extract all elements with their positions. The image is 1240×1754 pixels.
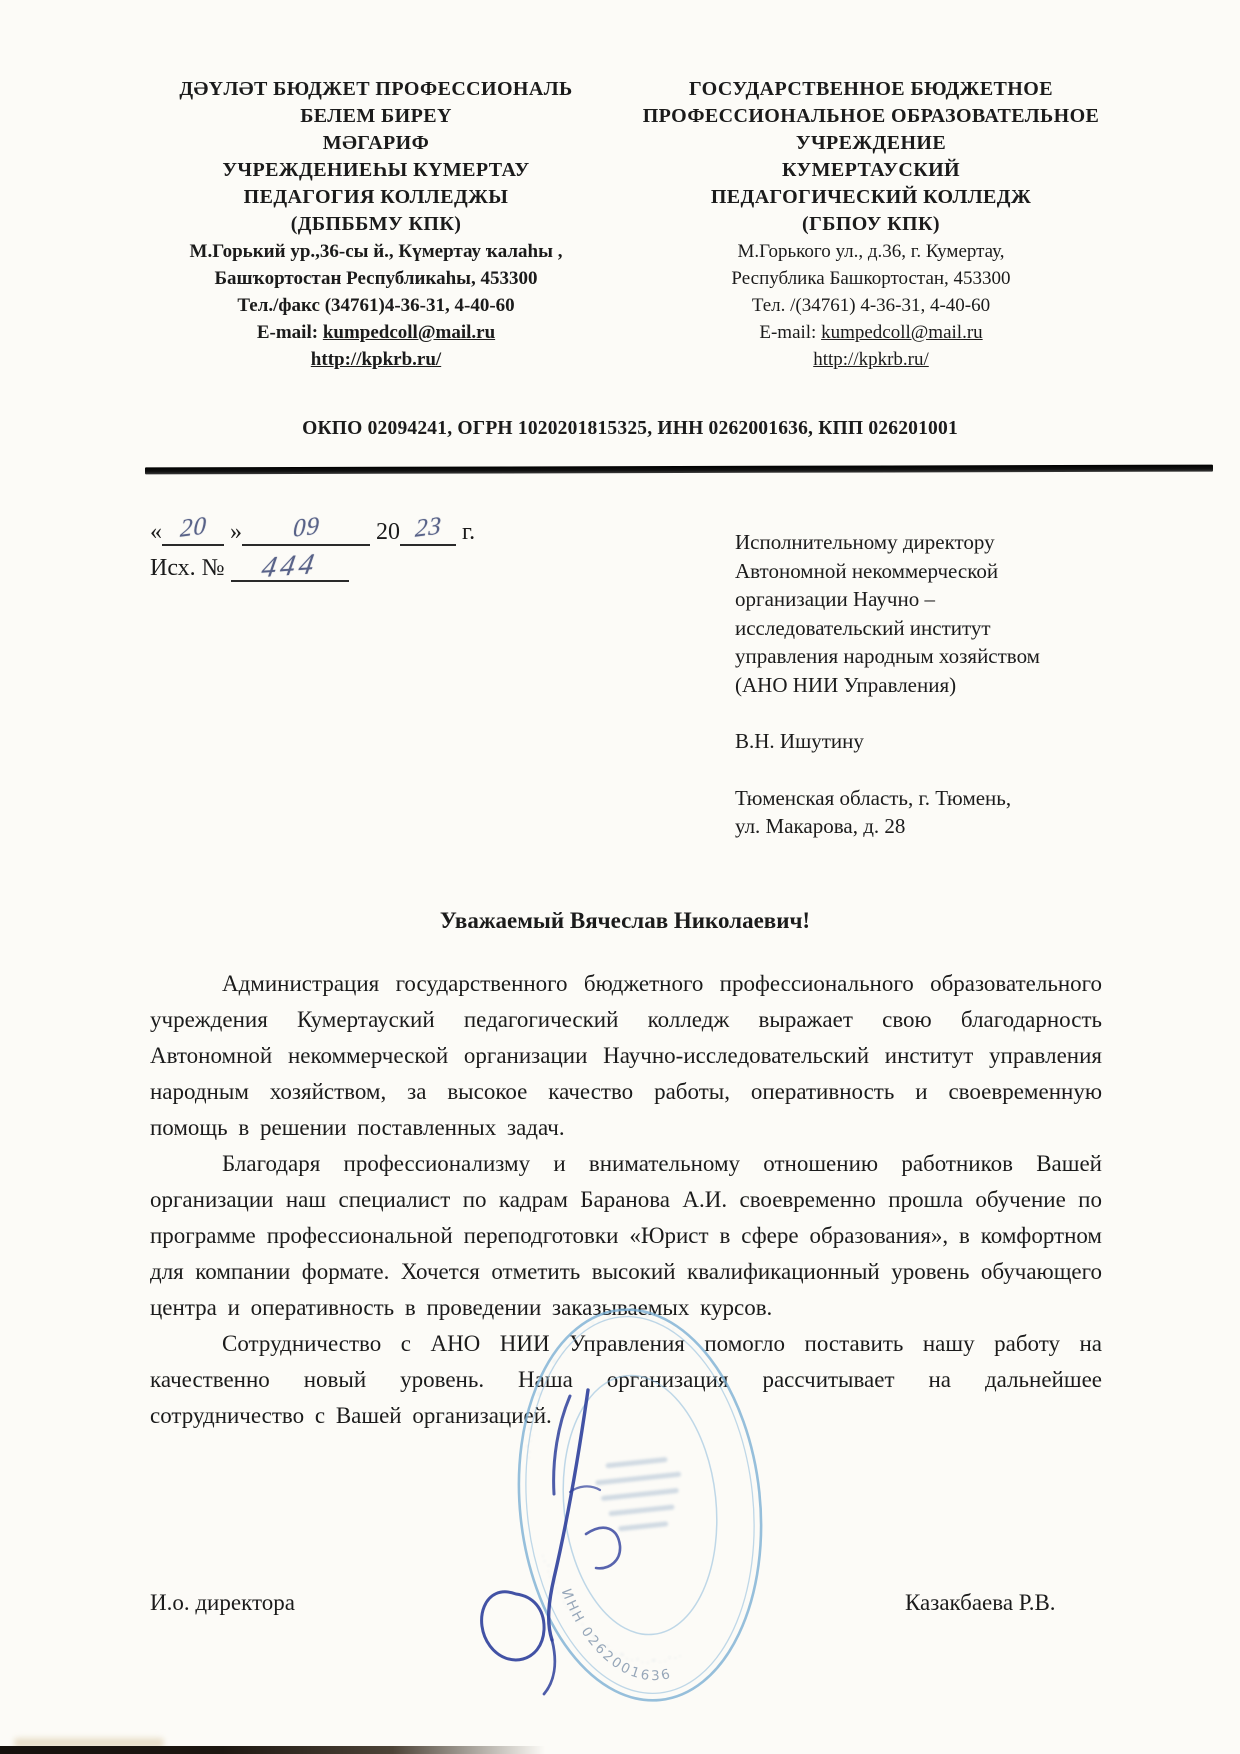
org-title-line: УЧРЕЖДЕНИЕҺЫ КҮМЕРТАУ bbox=[150, 157, 602, 184]
addressee-person: В.Н. Ишутину bbox=[735, 727, 1115, 756]
website-url: http://kpkrb.ru/ bbox=[813, 349, 929, 370]
letterhead-russian: ГОСУДАРСТВЕННОЕ БЮДЖЕТНОЕ ПРОФЕССИОНАЛЬН… bbox=[632, 76, 1110, 373]
org-address-line: Республика Башкортостан, 453300 bbox=[632, 265, 1110, 292]
org-title-line: ГОСУДАРСТВЕННОЕ БЮДЖЕТНОЕ bbox=[632, 76, 1110, 103]
addressee-address-line: Тюменская область, г. Тюмень, bbox=[735, 784, 1115, 813]
org-abbreviation: (ДБПББМУ КПК) bbox=[150, 211, 602, 238]
org-title-line: ПЕДАГОГИЧЕСКИЙ КОЛЛЕДЖ bbox=[632, 184, 1110, 211]
org-title-line: ДӘҮЛӘТ БЮДЖЕТ ПРОФЕССИОНАЛЬ bbox=[150, 76, 602, 103]
org-address-line: М.Горький ур.,36-сы й., Күмертау ҡалаһы … bbox=[150, 238, 602, 265]
year-prefix: 20 bbox=[376, 519, 400, 545]
org-address-line: Башҡортостан Республикаһы, 453300 bbox=[150, 265, 602, 292]
org-email-line: E-mail: kumpedcoll@mail.ru bbox=[150, 319, 602, 346]
letterhead-divider-rule bbox=[145, 465, 1213, 475]
addressee-org-line: Автономной некоммерческой bbox=[735, 557, 1115, 586]
body-paragraph: Администрация государственного бюджетног… bbox=[150, 966, 1102, 1146]
scan-edge-bar bbox=[0, 1746, 545, 1754]
addressee-org-line: организации Научно – bbox=[735, 585, 1115, 614]
outgoing-label: Исх. № bbox=[150, 555, 225, 581]
org-website-line: http://kpkrb.ru/ bbox=[632, 346, 1110, 373]
org-title-line: ПЕДАГОГИЯ КОЛЛЕДЖЫ bbox=[150, 184, 602, 211]
handwritten-outgoing-number: 444 bbox=[259, 548, 320, 585]
quote-open: « bbox=[150, 519, 162, 545]
ref-block: «20 »09 2023 г. Исх. № 444 bbox=[150, 514, 475, 586]
handwritten-month: 09 bbox=[292, 512, 320, 544]
email-address: kumpedcoll@mail.ru bbox=[821, 322, 983, 343]
signer-position: И.о. директора bbox=[150, 1590, 295, 1616]
org-phone-line: Тел./факс (34761)4-36-31, 4-40-60 bbox=[150, 292, 602, 319]
org-title-line: УЧРЕЖДЕНИЕ bbox=[632, 130, 1110, 157]
org-title-line: МӘГАРИФ bbox=[150, 130, 602, 157]
date-line: «20 »09 2023 г. bbox=[150, 514, 475, 550]
salutation: Уважаемый Вячеслав Николаевич! bbox=[150, 908, 1100, 934]
date-suffix: г. bbox=[462, 519, 475, 545]
addressee-org-line: исследовательский институт bbox=[735, 614, 1115, 643]
handwritten-day: 20 bbox=[179, 512, 207, 544]
date-month-blank: 09 bbox=[242, 514, 370, 546]
signer-name: Казакбаева Р.В. bbox=[905, 1590, 1056, 1616]
org-title-line: БЕЛЕМ БИРЕҮ bbox=[150, 103, 602, 130]
website-url: http://kpkrb.ru/ bbox=[311, 349, 441, 370]
body-paragraph: Благодаря профессионализму и внимательно… bbox=[150, 1146, 1102, 1326]
date-year-blank: 23 bbox=[400, 514, 456, 546]
spacer bbox=[735, 699, 1115, 727]
email-label: E-mail: bbox=[759, 322, 821, 343]
org-title-line: КУМЕРТАУСКИЙ bbox=[632, 157, 1110, 184]
outgoing-number-line: Исх. № 444 bbox=[150, 550, 475, 586]
director-signature bbox=[452, 1382, 662, 1702]
quote-close: » bbox=[230, 519, 242, 545]
email-address: kumpedcoll@mail.ru bbox=[323, 322, 495, 343]
org-phone-line: Тел. /(34761) 4-36-31, 4-40-60 bbox=[632, 292, 1110, 319]
org-website-line: http://kpkrb.ru/ bbox=[150, 346, 602, 373]
addressee-address-line: ул. Макарова, д. 28 bbox=[735, 812, 1115, 841]
addressee-org-line: управления народным хозяйством bbox=[735, 642, 1115, 671]
email-label: E-mail: bbox=[257, 322, 323, 343]
org-title-line: ПРОФЕССИОНАЛЬНОЕ ОБРАЗОВАТЕЛЬНОЕ bbox=[632, 103, 1110, 130]
scanned-letter-page: ДӘҮЛӘТ БЮДЖЕТ ПРОФЕССИОНАЛЬ БЕЛЕМ БИРЕҮ … bbox=[0, 0, 1240, 1754]
registry-numbers-line: ОКПО 02094241, ОГРН 1020201815325, ИНН 0… bbox=[150, 418, 1110, 440]
addressee-block: Исполнительному директору Автономной нек… bbox=[735, 528, 1115, 841]
spacer bbox=[735, 756, 1115, 784]
org-email-line: E-mail: kumpedcoll@mail.ru bbox=[632, 319, 1110, 346]
addressee-org-line: Исполнительному директору bbox=[735, 528, 1115, 557]
outgoing-number-blank: 444 bbox=[231, 550, 349, 582]
letterhead: ДӘҮЛӘТ БЮДЖЕТ ПРОФЕССИОНАЛЬ БЕЛЕМ БИРЕҮ … bbox=[150, 76, 1110, 373]
addressee-org-line: (АНО НИИ Управления) bbox=[735, 671, 1115, 700]
handwritten-year: 23 bbox=[414, 512, 442, 544]
org-address-line: М.Горького ул., д.36, г. Кумертау, bbox=[632, 238, 1110, 265]
org-abbreviation: (ГБПОУ КПК) bbox=[632, 211, 1110, 238]
letterhead-bashkir: ДӘҮЛӘТ БЮДЖЕТ ПРОФЕССИОНАЛЬ БЕЛЕМ БИРЕҮ … bbox=[150, 76, 602, 373]
date-day-blank: 20 bbox=[162, 514, 224, 546]
